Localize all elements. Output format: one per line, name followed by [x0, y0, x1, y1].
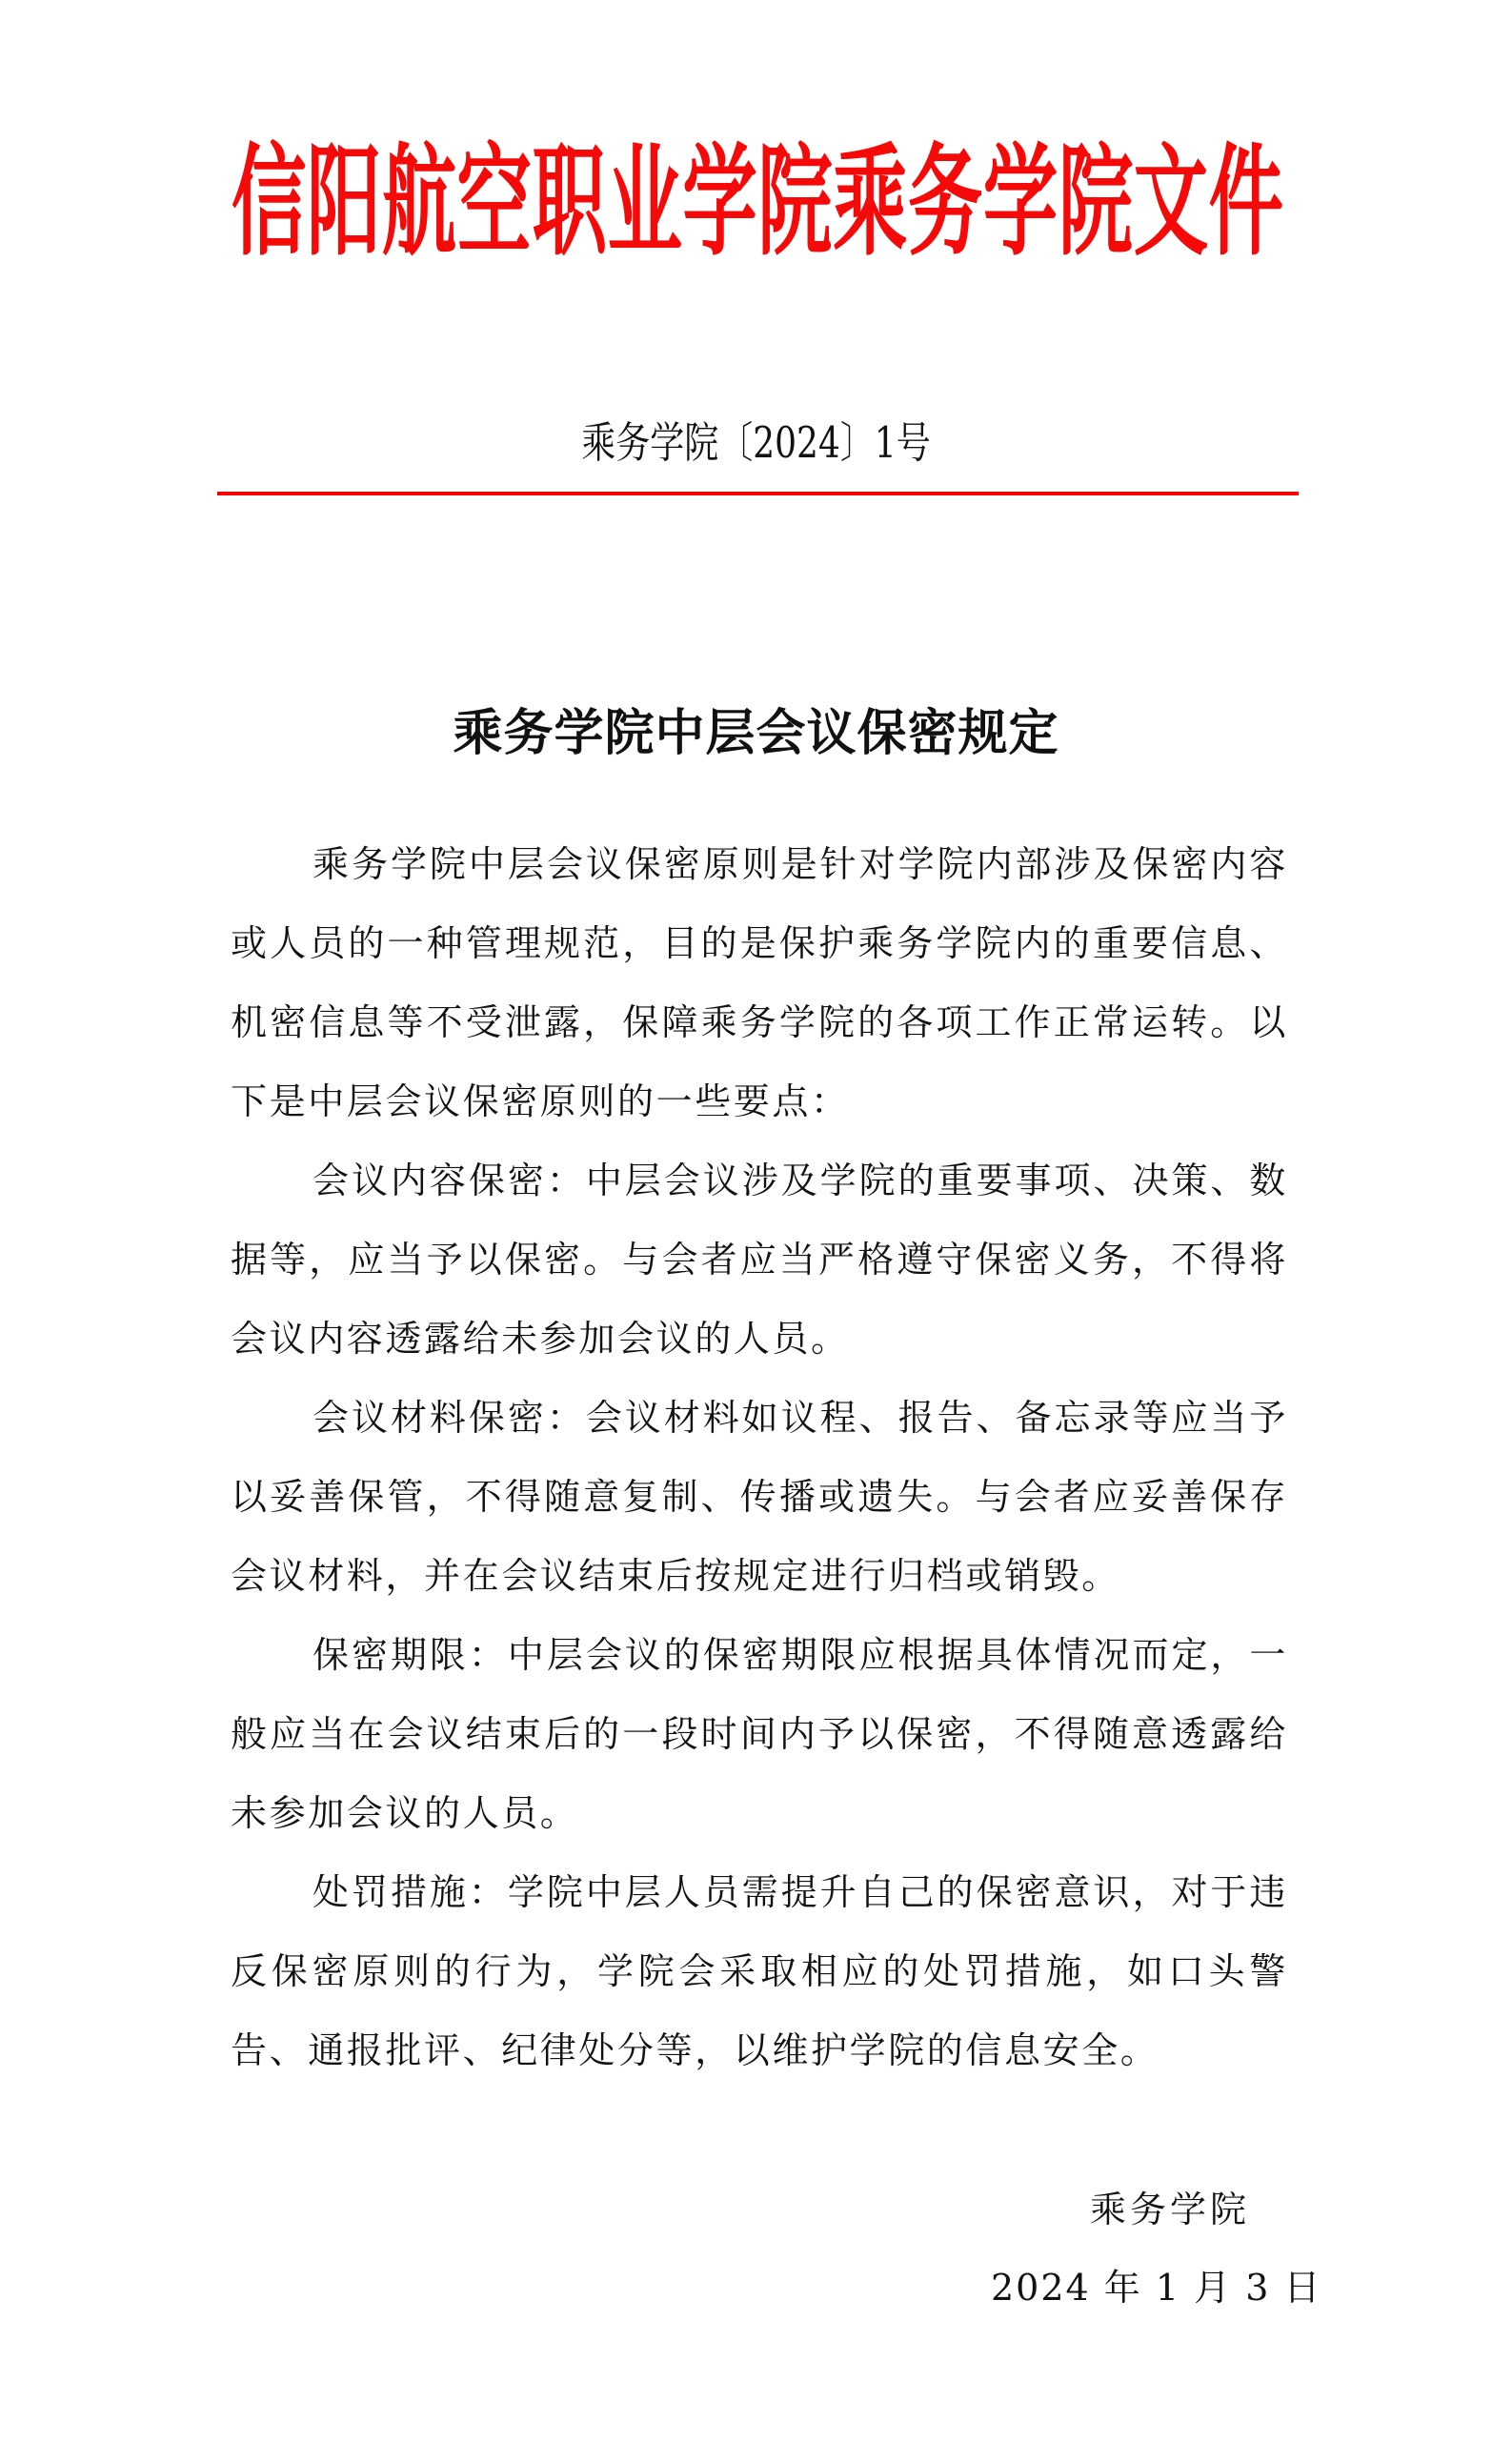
signature-block: 乘务学院 2024 年 1 月 3 日	[991, 2170, 1286, 2327]
signature-date: 2024 年 1 月 3 日	[991, 2249, 1286, 2327]
masthead: 信阳航空职业学院乘务学院文件	[232, 143, 1280, 267]
document-page: 信阳航空职业学院乘务学院文件 乘务学院〔2024〕1号 乘务学院中层会议保密规定…	[0, 0, 1512, 2441]
paragraph-meeting-materials: 会议材料保密：会议材料如议程、报告、备忘录等应当予以妥善保管，不得随意复制、传播…	[231, 1379, 1288, 1616]
paragraph-confidentiality-period: 保密期限：中层会议的保密期限应根据具体情况而定，一般应当在会议结束后的一段时间内…	[231, 1616, 1288, 1853]
masthead-title: 信阳航空职业学院乘务学院文件	[232, 143, 1285, 263]
paragraph-penalties: 处罚措施：学院中层人员需提升自己的保密意识，对于违反保密原则的行为，学院会采取相…	[231, 1853, 1288, 2090]
paragraph-meeting-content: 会议内容保密：中层会议涉及学院的重要事项、决策、数据等，应当予以保密。与会者应当…	[231, 1141, 1288, 1379]
document-title: 乘务学院中层会议保密规定	[0, 703, 1512, 764]
document-number: 乘务学院〔2024〕1号	[0, 423, 1512, 465]
document-number-text: 乘务学院〔2024〕1号	[581, 418, 931, 471]
document-body: 乘务学院中层会议保密原则是针对学院内部涉及保密内容或人员的一种管理规范，目的是保…	[231, 825, 1288, 2090]
red-divider-rule	[217, 492, 1299, 495]
signature-organization: 乘务学院	[991, 2170, 1286, 2249]
paragraph-intro: 乘务学院中层会议保密原则是针对学院内部涉及保密内容或人员的一种管理规范，目的是保…	[231, 825, 1288, 1141]
